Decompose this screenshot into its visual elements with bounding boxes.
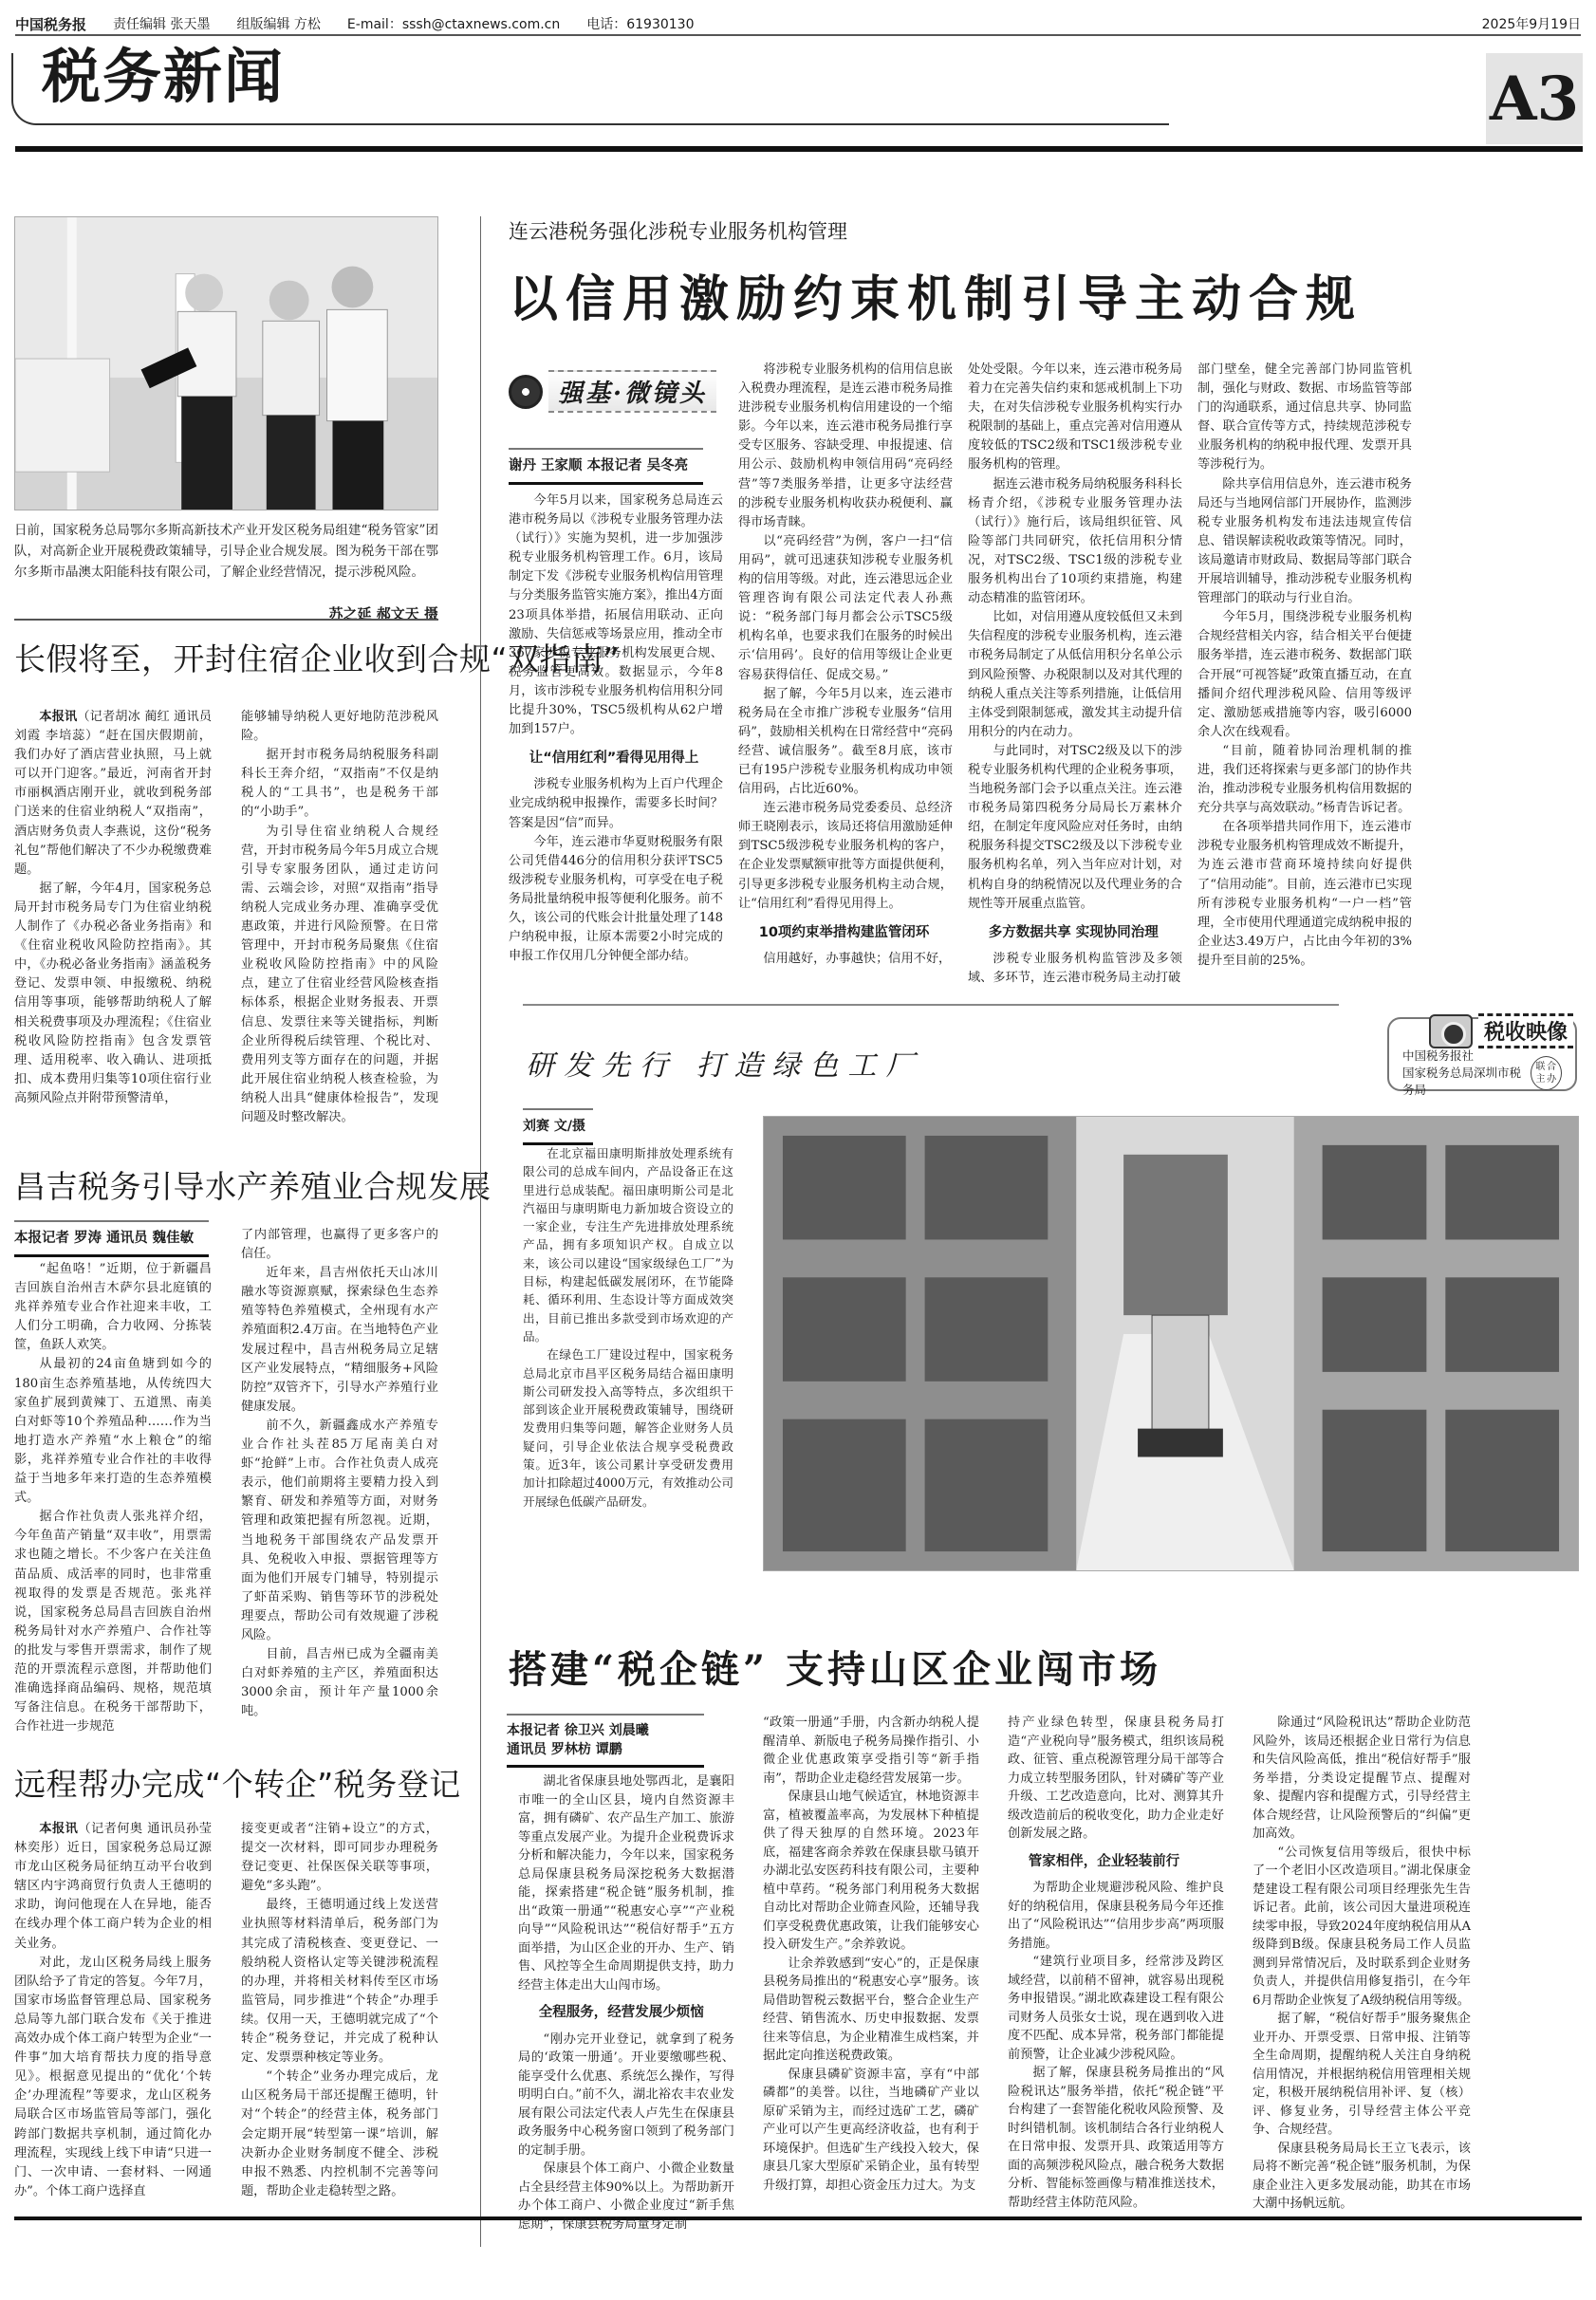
lead-label: 本报讯 <box>39 1822 78 1836</box>
kaifeng-column-2: 能够辅导纳税人更好地防范涉税风险。 据开封市税务局纳税服务科副科长王奔介绍，“双… <box>241 708 438 1127</box>
footer-thick-rule <box>14 2217 1582 2220</box>
film-reel-icon <box>509 375 543 409</box>
seal-char: 办 <box>1547 1075 1556 1085</box>
paragraph: 比如，对信用遵从度较低但又未到失信程度的涉税专业服务机构，连云港市税务局制定了从… <box>968 608 1182 742</box>
paragraph: 据了解，“税信好帮手”服务聚焦企业开办、开票受票、日常申报、注销等全生命周期，提… <box>1253 2010 1471 2140</box>
paragraph: 近年来，昌吉州依托天山冰川融水等资源禀赋，探索绿色生态养殖等特色养殖模式，全州现… <box>241 1264 438 1417</box>
paragraph: 最终，王德明通过线上发送营业执照等材料清单后，税务部门为其完成了清税核查、变更登… <box>241 1896 438 2068</box>
paragraph: （记者何奥 通讯员孙莹 林奕彤）近日，国家税务总局辽源市龙山区税务局征纳互动平台… <box>14 1822 212 1951</box>
masthead-info-bar: 中国税务报 责任编辑 张天墨 组版编辑 方松 E-mail：sssh@ctaxn… <box>15 11 1581 36</box>
paragraph: 目前，昌吉州已成为全疆南美白对虾养殖的主产区，养殖面积达3000余亩，预计年产量… <box>241 1645 438 1721</box>
subhead: 10项约束举措构建监管闭环 <box>738 923 953 942</box>
byline-changji: 本报记者 罗涛 通讯员 魏佳敏 <box>14 1220 209 1257</box>
paragraph: 据了解，保康县税务局推出的“风险税讯达”服务举措，依托“税企链”平台构建了一套智… <box>1008 2064 1224 2212</box>
paragraph: “个转企”业务办理完成后，龙山区税务局干部还提醒王德明，针对“个转企”的经营主体… <box>241 2068 438 2201</box>
paragraph: 让余养敦感到“安心”的，正是保康县税务局推出的“税惠安心享”服务。该局借助智税云… <box>763 1955 979 2066</box>
byline-line: 通讯员 罗林枋 谭鹏 <box>507 1740 704 1759</box>
paragraph: 除通过“风险税讯达”帮助企业防范风险外，该局还根据企业日常行为信息和失信风险高低… <box>1253 1714 1471 1844</box>
divider <box>523 1004 1339 1006</box>
paragraph: 据合作社负责人张兆祥介绍，今年鱼苗产销量“双丰收”，用票需求也随之增长。不少客户… <box>14 1508 212 1736</box>
lianyungang-column-2: 将涉税专业服务机构的信用信息嵌入税费办理流程，是连云港市税务局推进涉税专业服务机… <box>738 361 953 969</box>
paragraph: 今年5月以来，国家税务总局连云港市税务局以《涉税专业服务管理办法（试行）》实施为… <box>509 492 723 739</box>
joint-sponsor-seal: 联 合 主 办 <box>1531 1056 1562 1090</box>
byline-line: 本报记者 徐卫兴 刘晨曦 <box>507 1721 704 1740</box>
paragraph: 保康县税务局局长王立飞表示，该局将不断完善“税企链”服务机制，为保康企业注入更多… <box>1253 2140 1471 2214</box>
paragraph: 据连云港市税务局纳税服务科科长杨青介绍，《涉税专业服务管理办法（试行）》施行后，… <box>968 475 1182 609</box>
paragraph: 从最初的24亩鱼塘到如今的180亩生态养殖基地，从传统四大家鱼扩展到黄辣丁、五道… <box>14 1355 212 1508</box>
paragraph: 连云港市税务局党委委员、总经济师王晓刚表示，该局还将信用激励延伸到TSC5级涉税… <box>738 799 953 914</box>
paragraph: 在各项举措共同作用下，连云港市涉税专业服务机构管理成效不断提升，为连云港市营商环… <box>1197 818 1412 971</box>
paragraph: 涉税专业服务机构监管涉及多领域、多环节，连云港市税务局主动打破 <box>968 950 1182 988</box>
green-factory-body: 在北京福田康明斯排放处理系统有限公司的总成车间内，产品设备正在这里进行总成装配。… <box>523 1144 733 1511</box>
paragraph: 前不久，新疆鑫成水产养殖专业合作社头茬85万尾南美白对虾“抢鲜”上市。合作社负责… <box>241 1417 438 1645</box>
headline-green-factory: 研发先行 打造绿色工厂 <box>526 1042 924 1084</box>
paragraph: 将涉税专业服务机构的信用信息嵌入税费办理流程，是连云港市税务局推进涉税专业服务机… <box>738 361 953 532</box>
subhead: 管家相伴，企业轻装前行 <box>1008 1853 1224 1872</box>
paragraph: “建筑行业项目多，经常涉及跨区域经营，以前稍不留神，就容易出现税务申报错误。”湖… <box>1008 1953 1224 2064</box>
baokang-column-4: 除通过“风险税讯达”帮助企业防范风险外，该局还根据企业日常行为信息和失信风险高低… <box>1253 1714 1471 2214</box>
byline-baokang: 本报记者 徐卫兴 刘晨曦 通讯员 罗林枋 谭鹏 <box>507 1714 704 1768</box>
paragraph: 保康县个体工商户、小微企业数量占全县经营主体90%以上。为帮助新开办个体工商户、… <box>518 2160 734 2234</box>
warehouse-photo-icon <box>764 1117 1578 1570</box>
badge-sponsor-1: 中国税务报社 <box>1402 1048 1531 1065</box>
column-logo: 强基·微镜头 <box>509 370 716 413</box>
issue-date: 2025年9月19日 <box>1482 14 1581 33</box>
badge-title-text: 税收映像 <box>1478 1013 1573 1048</box>
paragraph: 为引导住宿业纳税人合规经营，开封市税务局今年5月成立合规引导专家服务团队，通过走… <box>241 823 438 1128</box>
baokang-column-2: “政策一册通”手册，内含新办纳税人提醒清单、新版电子税务局操作指引、小微企业优惠… <box>763 1714 979 2195</box>
paper-name: 中国税务报 <box>15 14 86 34</box>
paragraph: “起鱼咯！”近期，位于新疆昌吉回族自治州吉木萨尔县北庭镇的兆祥养殖专业合作社迎来… <box>14 1260 212 1355</box>
headline-baokang: 搭建“税企链” 支持山区企业闯市场 <box>509 1640 1161 1694</box>
subhead: 让“信用红利”看得见用得上 <box>509 749 723 768</box>
editor-in-charge: 责任编辑 张天墨 <box>113 14 210 33</box>
layout-editor: 组版编辑 方松 <box>236 14 320 33</box>
byline-lianyungang: 谢丹 王家顺 本报记者 吴冬亮 <box>509 448 703 485</box>
longshan-column-1: 本报讯（记者何奥 通讯员孙莹 林奕彤）近日，国家税务总局辽源市龙山区税务局征纳互… <box>14 1820 212 2201</box>
masthead-rule <box>15 34 1581 36</box>
baokang-column-1: 湖北省保康县地处鄂西北，是襄阳市唯一的全山区县，境内自然资源丰富，拥有磷矿、农产… <box>518 1772 734 2234</box>
seal-char: 联 <box>1535 1063 1545 1072</box>
page-number: A3 <box>1486 53 1583 144</box>
camera-icon <box>1429 1014 1473 1048</box>
paragraph: 保康县磷矿资源丰富，享有“中部磷都”的美誉。以往，当地磷矿产业以原矿采销为主，而… <box>763 2066 979 2196</box>
kicker-lianyungang: 连云港税务强化涉税专业服务机构管理 <box>509 216 847 245</box>
photo-factory-inspection <box>14 216 438 510</box>
photo-green-factory-warehouse <box>763 1116 1579 1571</box>
paragraph: 能够辅导纳税人更好地防范涉税风险。 <box>241 708 438 746</box>
phone-number: 电话：61930130 <box>586 14 694 33</box>
email-address[interactable]: E-mail：sssh@ctaxnews.com.cn <box>347 14 560 33</box>
kaifeng-column-1: 本报讯（记者胡冰 蔺红 通讯员刘霞 李培蕊）“赶在国庆假期前，我们办好了酒店营业… <box>14 708 212 1108</box>
paragraph: “刚办完开业登记，就拿到了税务局的‘政策一册通’。开业要缴哪些税、能享受什么优惠… <box>518 2031 734 2161</box>
paragraph: 信用越好，办事越快；信用不好， <box>738 950 953 969</box>
photo-caption: 日前，国家税务总局鄂尔多斯高新技术产业开发区税务局组建“税务管家”团队，对高新企… <box>14 520 438 583</box>
longshan-column-2: 接变更或者“注销+设立”的方式，提交一次材料，即可同步办理税务登记变更、社保医保… <box>241 1820 438 2201</box>
paragraph: 今年，连云港市华夏财税服务有限公司凭借446分的信用积分获评TSC5级涉税专业服… <box>509 833 723 967</box>
lead-label: 本报讯 <box>39 710 77 724</box>
paragraph: “政策一册通”手册，内含新办纳税人提醒清单、新版电子税务局操作指引、小微企业优惠… <box>763 1714 979 1788</box>
lianyungang-column-3: 处处受限。今年以来，连云港市税务局着力在完善失信约束和惩戒机制上下功夫，在对失信… <box>968 361 1182 988</box>
changji-column-2: 了内部管理，也赢得了更多客户的信任。 近年来，昌吉州依托天山冰川融水等资源禀赋，… <box>241 1226 438 1721</box>
paragraph: “目前，随着协同治理机制的推进，我们还将探索与更多部门的协作共治，推动涉税专业服… <box>1197 742 1412 818</box>
section-title: 税务新闻 <box>42 47 285 106</box>
paragraph: 持产业绿色转型，保康县税务局打造“产业税向导”服务模式，组织该局税政、征管、重点… <box>1008 1714 1224 1844</box>
subhead: 多方数据共享 实现协同治理 <box>968 923 1182 942</box>
byline-green-factory: 刘赛 文/摄 <box>523 1108 593 1145</box>
paragraph: 以“亮码经营”为例，客户一扫“信用码”，就可迅速获知涉税专业服务机构的信用等级。… <box>738 532 953 685</box>
seal-char: 主 <box>1535 1075 1545 1085</box>
paragraph: 湖北省保康县地处鄂西北，是襄阳市唯一的全山区县，境内自然资源丰富，拥有磷矿、农产… <box>518 1772 734 1994</box>
photo-credit: 苏之延 郝文天 摄 <box>14 603 438 623</box>
paragraph: 在北京福田康明斯排放处理系统有限公司的总成车间内，产品设备正在这里进行总成装配。… <box>523 1144 733 1345</box>
headline-longshan: 远程帮办完成“个转企”税务登记 <box>14 1767 461 1803</box>
paragraph: 据了解，今年5月以来，连云港市税务局在全市推广涉税专业服务“信用码”，鼓励相关机… <box>738 685 953 800</box>
paragraph: 据开封市税务局纳税服务科副科长王奔介绍，“双指南”不仅是纳税人的“工具书”，也是… <box>241 746 438 822</box>
headline-changji: 昌吉税务引导水产养殖业合规发展 <box>14 1169 492 1205</box>
subhead: 全程服务，经营发展少烦恼 <box>518 2004 734 2023</box>
paragraph: 今年5月，围绕涉税专业服务机构合规经营相关内容，结合相关平台便捷服务举措，连云港… <box>1197 608 1412 742</box>
paragraph: （记者胡冰 蔺红 通讯员刘霞 李培蕊）“赶在国庆假期前，我们办好了酒店营业执照，… <box>14 710 212 877</box>
paragraph: 接变更或者“注销+设立”的方式，提交一次材料，即可同步办理税务登记变更、社保医保… <box>241 1820 438 1896</box>
column-logo-text: 强基·微镜头 <box>548 370 716 413</box>
paragraph: 对此，龙山区税务局线上服务团队给予了肯定的答复。今年7月，国家市场监督管理总局、… <box>14 1954 212 2201</box>
header-thick-rule <box>15 146 1583 152</box>
changji-column-1: “起鱼咯！”近期，位于新疆昌吉回族自治州吉木萨尔县北庭镇的兆祥养殖专业合作社迎来… <box>14 1260 212 1736</box>
paragraph: 与此同时，对TSC2级及以下的涉税专业服务机构代理的企业税务事项，当地税务部门会… <box>968 742 1182 914</box>
badge-title: 税收映像 <box>1429 1013 1573 1048</box>
divider <box>14 619 438 621</box>
column-divider <box>480 216 481 2247</box>
seal-char: 合 <box>1547 1063 1556 1072</box>
paragraph: 处处受限。今年以来，连云港市税务局着力在完善失信约束和惩戒机制上下功夫，在对失信… <box>968 361 1182 475</box>
headline-lianyungang: 以信用激励约束机制引导主动合规 <box>509 275 1363 325</box>
paragraph: 据了解，今年4月，国家税务总局开封市税务局专门为住宿业纳税人制作了《办税必备业务… <box>14 880 212 1108</box>
paragraph: 除共享信用信息外，连云港市税务局还与当地网信部门开展协作，监测涉税专业服务机构发… <box>1197 475 1412 609</box>
paragraph: 为帮助企业规避涉税风险、维护良好的纳税信用，保康县税务局今年还推出了“风险税讯达… <box>1008 1879 1224 1953</box>
paragraph: 部门壁垒，健全完善部门协同监管机制，强化与财政、数据、市场监管等部门的沟通联系，… <box>1197 361 1412 475</box>
paragraph: 了内部管理，也赢得了更多客户的信任。 <box>241 1226 438 1264</box>
photo-column-badge: 税收映像 中国税务报社 国家税务总局深圳市税务局 联 合 主 办 <box>1387 1017 1577 1091</box>
lianyungang-column-1: 今年5月以来，国家税务总局连云港市税务局以《涉税专业服务管理办法（试行）》实施为… <box>509 492 723 966</box>
baokang-column-3: 持产业绿色转型，保康县税务局打造“产业税向导”服务模式，组织该局税政、征管、重点… <box>1008 1714 1224 2212</box>
lianyungang-column-4: 部门壁垒，健全完善部门协同监管机制，强化与财政、数据、市场监管等部门的沟通联系，… <box>1197 361 1412 971</box>
badge-sponsor-2: 国家税务总局深圳市税务局 <box>1402 1065 1531 1099</box>
factory-inspection-photo-icon <box>15 217 437 510</box>
paragraph: 在绿色工厂建设过程中，国家税务总局北京市昌平区税务局结合福田康明斯公司研发投入高… <box>523 1345 733 1511</box>
paragraph: “公司恢复信用等级后，很快中标了一个老旧小区改造项目。”湖北保康金楚建设工程有限… <box>1253 1844 1471 2011</box>
paragraph: 保康县山地气候适宜，林地资源丰富，植被覆盖率高，为发展林下种植提供了得天独厚的自… <box>763 1788 979 1955</box>
paragraph: 涉税专业服务机构为上百户代理企业完成纳税申报操作，需要多长时间？答案是因“信”而… <box>509 775 723 832</box>
